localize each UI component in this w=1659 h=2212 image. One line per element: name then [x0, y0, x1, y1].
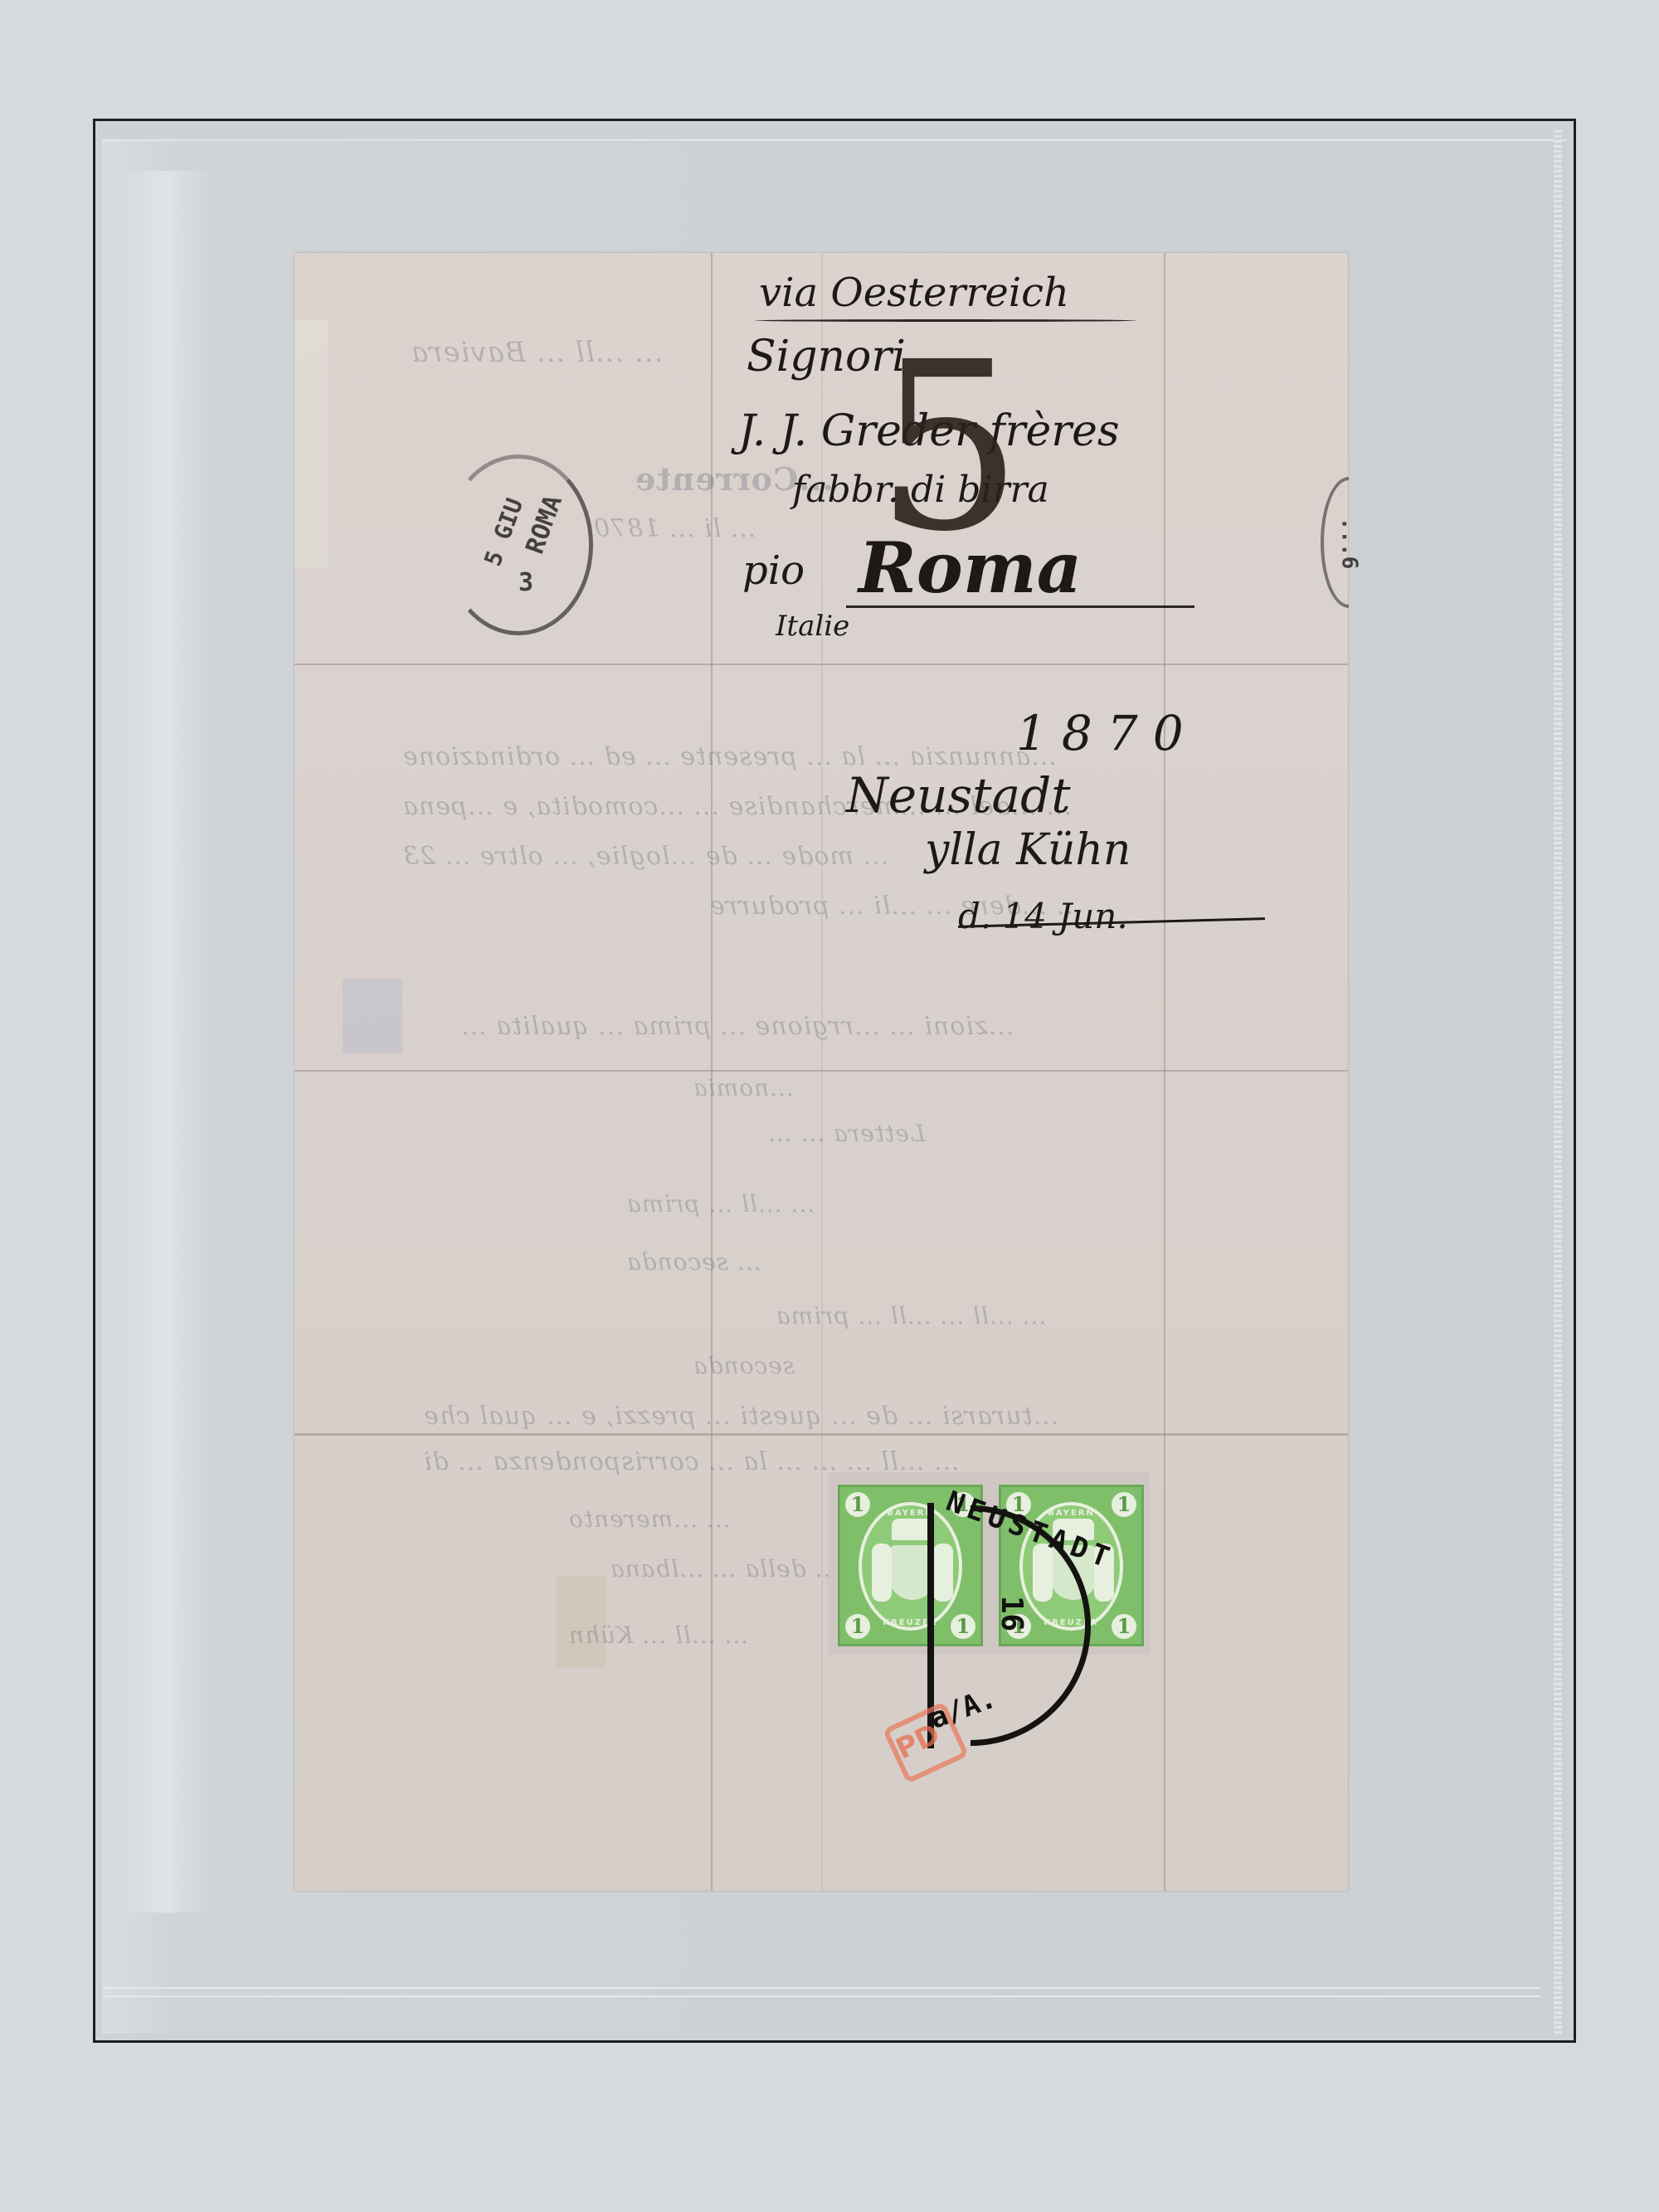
paper-stain — [294, 319, 328, 568]
show-through-text: ...zioni ... ...rrgione ... prima ... qu… — [460, 1012, 1014, 1041]
sleeve-bottom-strip — [104, 1987, 1540, 1997]
docket-year: 1870 — [1016, 705, 1199, 761]
city-underline — [846, 605, 1194, 608]
sleeve-glare — [120, 171, 212, 1913]
sleeve-weld-edge — [1554, 129, 1562, 2034]
edge-postmark-text: ...6 — [1336, 518, 1361, 570]
roma-backstamp-ring — [444, 455, 593, 635]
show-through-text: seconda — [693, 1352, 795, 1379]
stamp-value: 1 — [1112, 1614, 1136, 1639]
city-prefix: pio — [742, 547, 805, 594]
route-instruction: via Oesterreich — [759, 270, 1069, 316]
show-through-text: Lettera ... ... — [767, 1120, 926, 1147]
lion-supporter-icon — [872, 1544, 892, 1602]
show-through-text: ... ...ll ... ...ll ... prima — [776, 1302, 1046, 1330]
lion-supporter-icon — [933, 1544, 953, 1602]
postmark-day: 16 — [995, 1596, 1029, 1631]
show-through-text: ...nomia — [693, 1074, 794, 1101]
show-through-text: ... ...ll ... Baviera — [411, 336, 663, 369]
stamp-value: 1 — [1112, 1492, 1136, 1517]
show-through-text: ... li ... 1870 — [593, 514, 756, 543]
docket-sender: ylla Kühn — [925, 825, 1131, 875]
fold-line-vertical-2 — [1164, 253, 1165, 1891]
show-through-text: ... seconda — [626, 1248, 761, 1276]
country-note: Italie — [776, 610, 849, 643]
show-through-text: ...turarsi ... de ... questi ... prezzi,… — [423, 1402, 1058, 1431]
show-through-text: ... mode ... de ...loglie, ... oltre ...… — [402, 842, 888, 871]
docket-date: d. 14 Jun. — [958, 896, 1128, 936]
folded-letter: ... ...ll ... Baviera ...Corrente ... li… — [294, 253, 1348, 1891]
postage-due-rate: 5 — [875, 332, 1023, 564]
paper-stain — [343, 979, 402, 1053]
docket-place: Neustadt — [846, 767, 1071, 824]
stamp-value: 1 — [845, 1614, 870, 1639]
stamp-value: 1 — [845, 1492, 870, 1517]
show-through-text: ... ...merento — [568, 1505, 731, 1533]
show-through-text: ... ...ll ... Kühn — [568, 1621, 748, 1649]
show-through-text: ... ...ll ... prima — [626, 1190, 815, 1218]
backstamp-partial: 3 — [518, 568, 533, 597]
